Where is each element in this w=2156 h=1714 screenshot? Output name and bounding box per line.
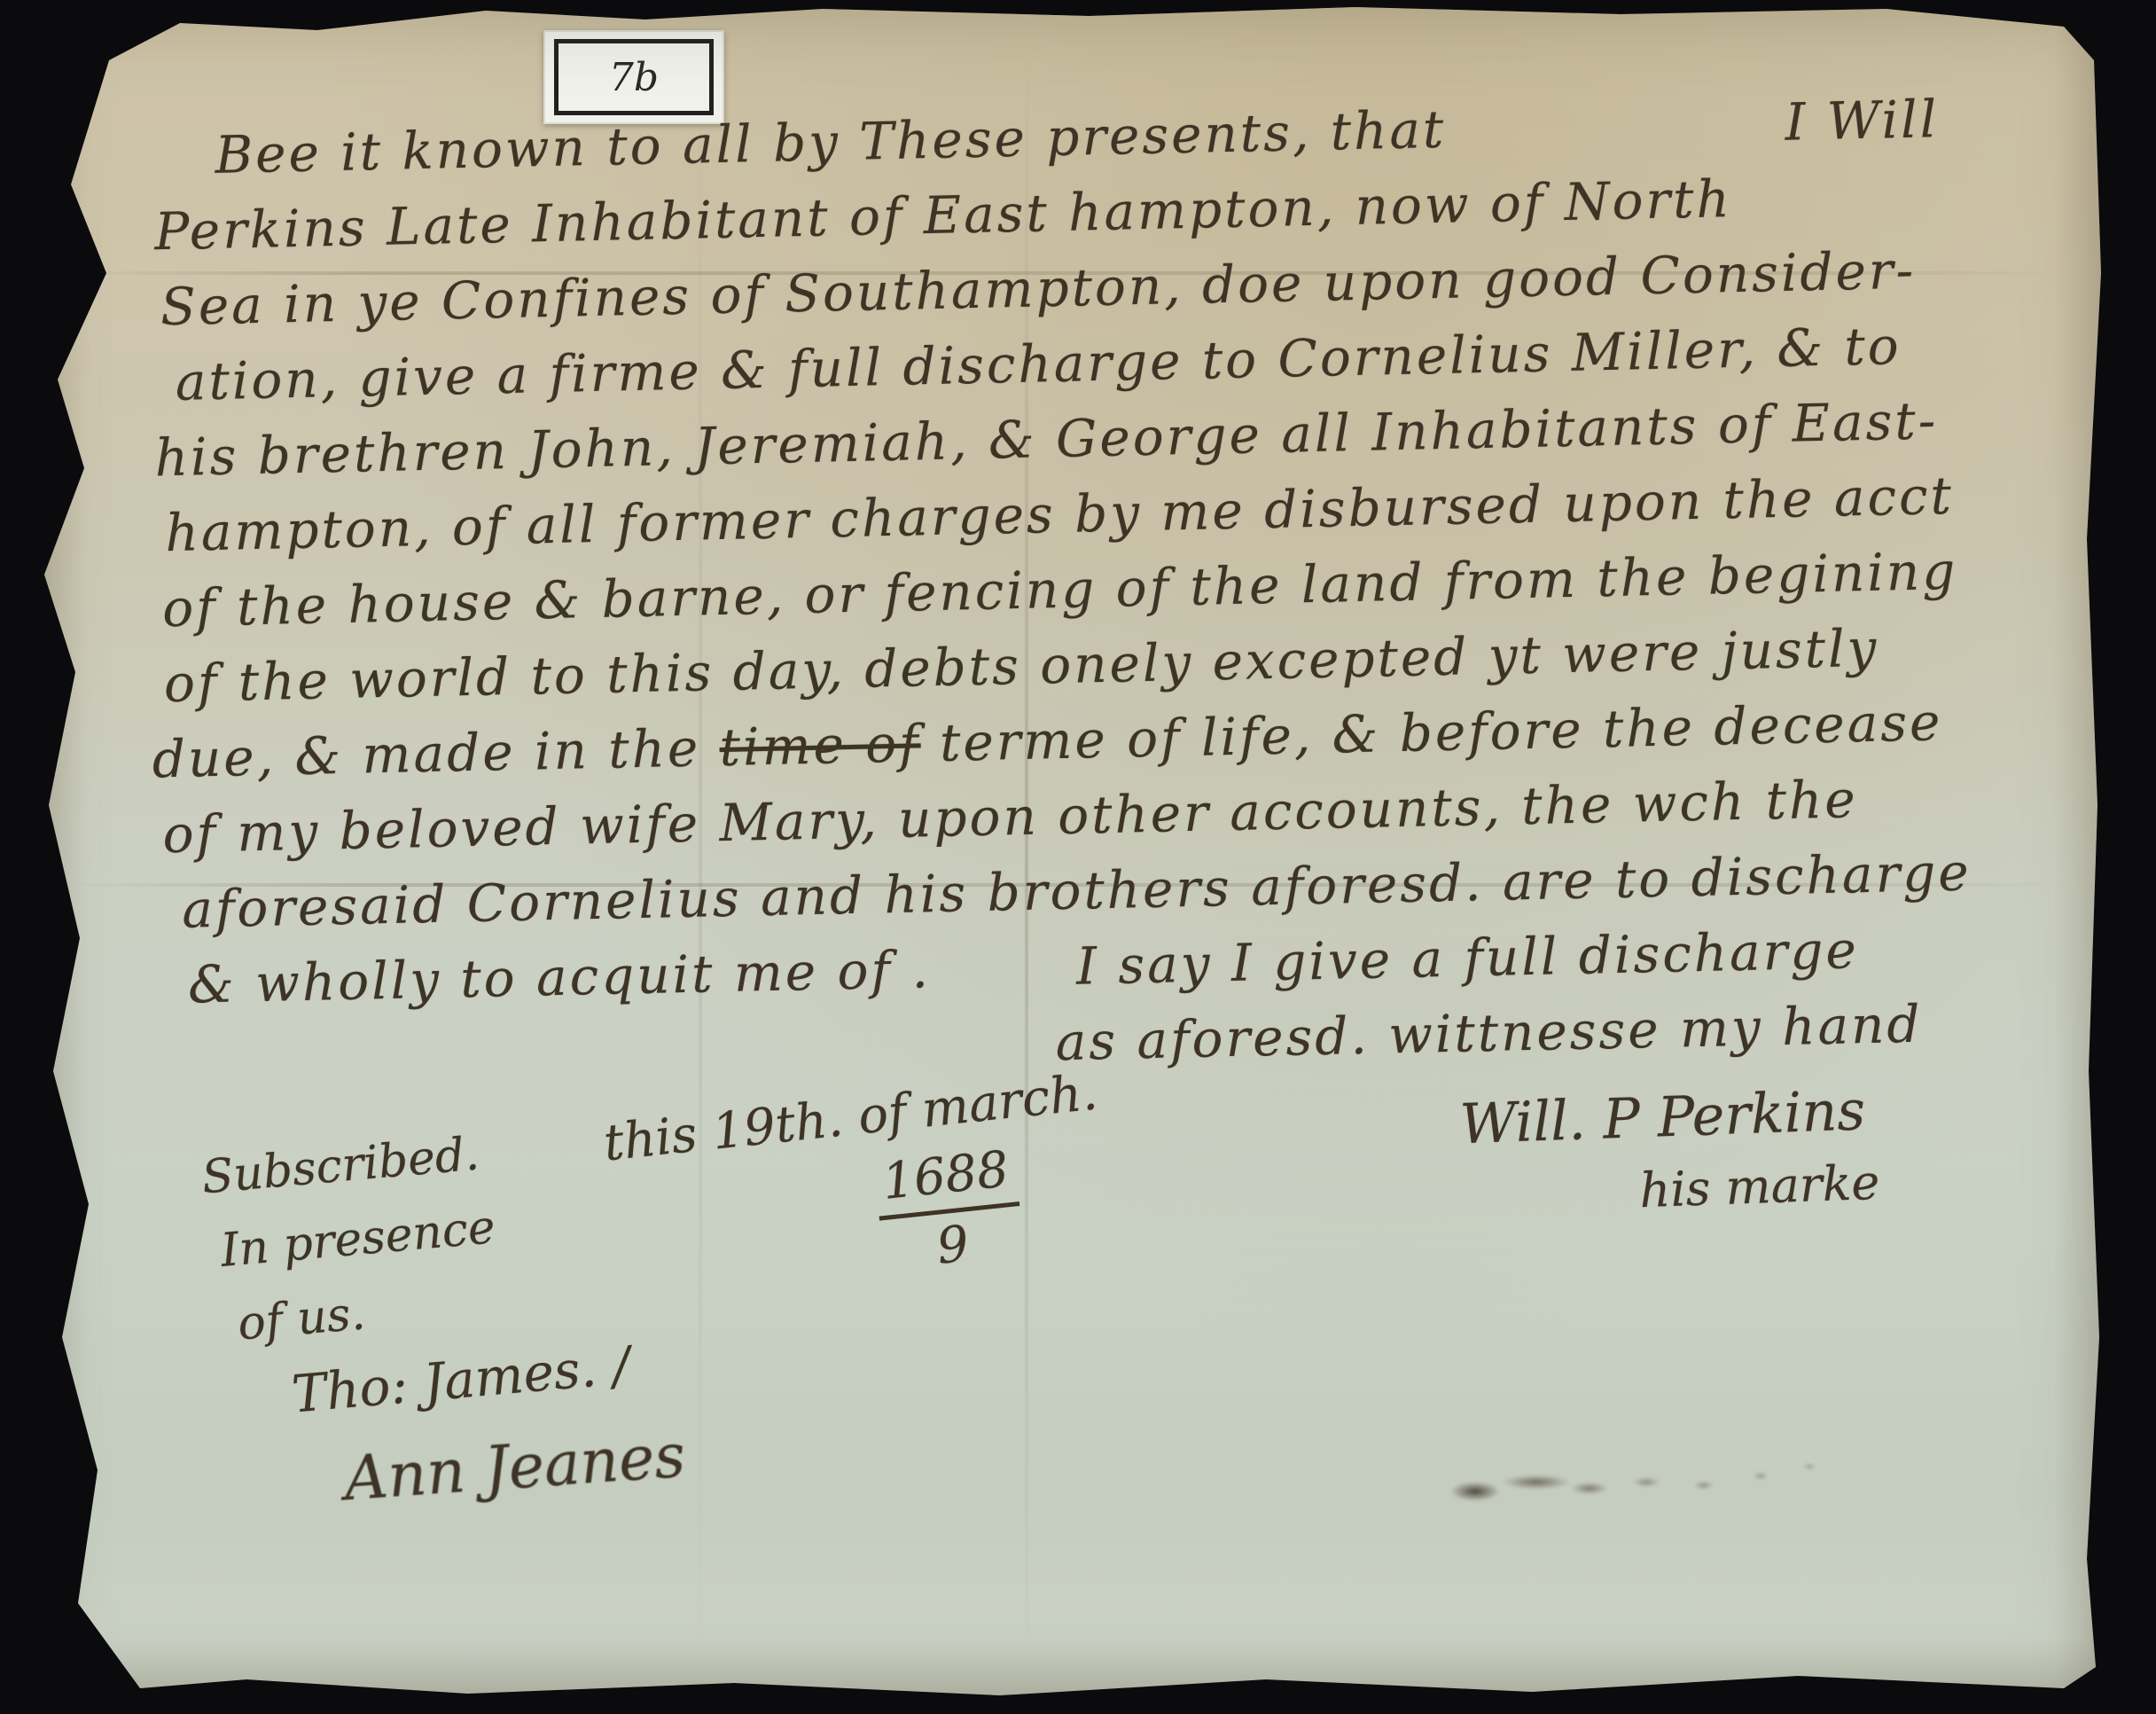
manuscript-paper: 7b Bee it known to all by These presents… (25, 7, 2108, 1701)
scanned-manuscript-page: { "label": { "text": "7b" }, "body": { "… (0, 0, 2156, 1714)
paper-edge-shading (25, 7, 2108, 1701)
